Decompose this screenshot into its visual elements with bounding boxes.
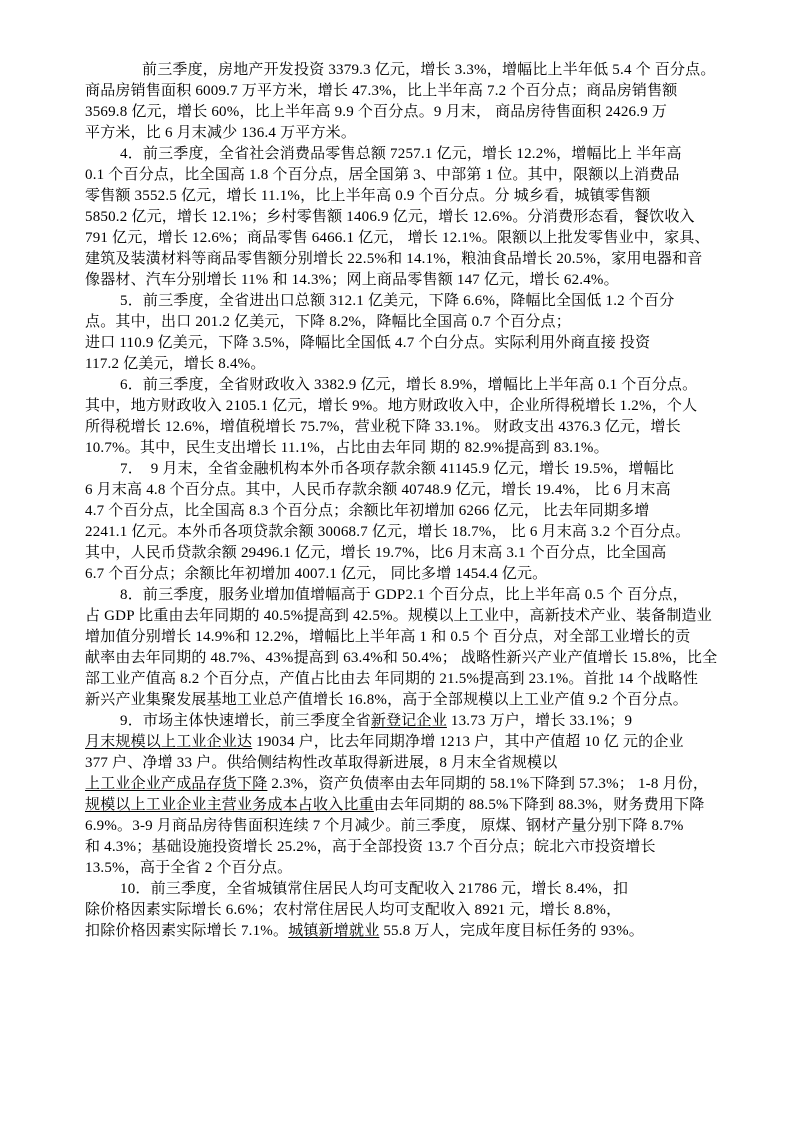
text-segment: 6.9%。3-9 月商品房待售面积连续 7 个月减少。前三季度， 原煤、钢材产量… [85, 818, 684, 834]
text-line: 5．前三季度，全省进出口总额 312.1 亿美元，下降 6.6%，降幅比全国低 … [85, 291, 730, 312]
text-line: 部工业产值高 8.2 个百分点，产值占比由去 年同期的 21.5%提高到 23.… [85, 669, 730, 690]
text-line: 0.1 个百分点，比全国高 1.8 个百分点，居全国第 3、中部第 1 位。其中… [85, 165, 730, 186]
text-segment: 4.7 个百分点，比全国高 8.3 个百分点；余额比年初增加 6266 亿元， … [85, 503, 649, 519]
text-segment: 和 4.3%；基础设施投资增长 25.2%，高于全部投资 13.7 个百分点；皖… [85, 839, 656, 855]
text-segment: 117.2 亿美元，增长 8.4%。 [85, 356, 266, 372]
text-line: 献率由去年同期的 48.7%、43%提高到 63.4%和 50.4%； 战略性新… [85, 648, 730, 669]
text-line: 平方米，比 6 月末减少 136.4 万平方米。 [85, 123, 730, 144]
text-segment: 6．前三季度，全省财政收入 3382.9 亿元，增长 8.9%，增幅比上半年高 … [120, 377, 697, 393]
text-line: 10．前三季度，全省城镇常住居民人均可支配收入 21786 元，增长 8.4%，… [85, 879, 730, 900]
text-segment: 进口 110.9 亿美元，下降 3.5%，降幅比全国低 4.7 个白分点。实际利… [85, 335, 650, 351]
document-body: 前三季度，房地产开发投资 3379.3 亿元，增长 3.3%，增幅比上半年低 5… [85, 60, 730, 942]
text-segment: 4．前三季度，全省社会消费品零售总额 7257.1 亿元，增长 12.2%，增幅… [120, 146, 682, 162]
text-segment: 6.7 个百分点；余额比年初增加 4007.1 亿元， 同比多增 1454.4 … [85, 566, 547, 582]
text-line: 8．前三季度，服务业增加值增幅高于 GDP2.1 个百分点，比上半年高 0.5 … [85, 585, 730, 606]
text-line: 6.7 个百分点；余额比年初增加 4007.1 亿元， 同比多增 1454.4 … [85, 564, 730, 585]
text-segment: 0.1 个百分点，比全国高 1.8 个百分点，居全国第 3、中部第 1 位。其中… [85, 167, 680, 183]
text-line: 点。其中，出口 201.2 亿美元，下降 8.2%，降幅比全国高 0.7 个百分… [85, 312, 730, 333]
text-segment: 所得税增长 12.6%，增值税增长 75.7%，营业税下降 33.1%。 财政支… [85, 419, 681, 435]
text-line: 扣除价格因素实际增长 7.1%。城镇新增就业 55.8 万人，完成年度目标任务的… [85, 921, 730, 942]
text-line: 上工业企业产成品存货下降 2.3%，资产负债率由去年同期的 58.1%下降到 5… [85, 774, 730, 795]
underlined-text: 规模以上工业企业主营业务成本占收入比重 [85, 797, 374, 813]
text-line: 其中，人民币贷款余额 29496.1 亿元，增长 19.7%，比6 月末高 3.… [85, 543, 730, 564]
text-segment: 9．市场主体快速增长，前三季度全省 [120, 713, 371, 729]
text-segment: 新兴产业集聚发展基地工业总产值增长 16.8%，高于全部规模以上工业产值 9.2… [85, 692, 688, 708]
underlined-text: 新登记企业 [371, 713, 447, 729]
text-segment: 5850.2 亿元，增长 12.1%；乡村零售额 1406.9 亿元，增长 12… [85, 209, 695, 225]
text-segment: 部工业产值高 8.2 个百分点，产值占比由去 年同期的 21.5%提高到 23.… [85, 671, 698, 687]
text-segment: 除价格因素实际增长 6.6%；农村常住居民人均可支配收入 8921 元，增长 8… [85, 902, 621, 918]
text-line: 建筑及装潢材料等商品零售额分别增长 22.5%和 14.1%，粮油食品增长 20… [85, 249, 730, 270]
underlined-text: 月末规模以上工业企业达 [85, 734, 252, 750]
text-segment: 5．前三季度，全省进出口总额 312.1 亿美元，下降 6.6%，降幅比全国低 … [120, 293, 674, 309]
text-segment: 7． 9 月末，全省金融机构本外币各项存款余额 41145.9 亿元，增长 19… [120, 461, 674, 477]
text-segment: 10.7%。其中，民生支出增长 11.1%，占比由去年同 期的 82.9%提高到… [85, 440, 609, 456]
text-line: 和 4.3%；基础设施投资增长 25.2%，高于全部投资 13.7 个百分点；皖… [85, 837, 730, 858]
text-line: 规模以上工业企业主营业务成本占收入比重由去年同期的 88.5%下降到 88.3%… [85, 795, 730, 816]
text-segment: 占 GDP 比重由去年同期的 40.5%提高到 42.5%。规模以上工业中，高新… [85, 608, 712, 624]
text-segment: 2.3%，资产负债率由去年同期的 58.1%下降到 57.3%； 1-8 月份， [267, 776, 708, 792]
text-segment: 19034 户，比去年同期净增 1213 户，其中产值超 10 亿 元的企业 [252, 734, 684, 750]
text-segment: 其中，地方财政收入 2105.1 亿元，增长 9%。地方财政收入中，企业所得税增… [85, 398, 697, 414]
text-segment: 2241.1 亿元。本外币各项贷款余额 30068.7 亿元，增长 18.7%，… [85, 524, 690, 540]
text-line: 4．前三季度，全省社会消费品零售总额 7257.1 亿元，增长 12.2%，增幅… [85, 144, 730, 165]
text-segment: 3569.8 亿元，增长 60%，比上半年高 9.9 个百分点。9 月末， 商品… [85, 104, 667, 120]
text-line: 4.7 个百分点，比全国高 8.3 个百分点；余额比年初增加 6266 亿元， … [85, 501, 730, 522]
text-line: 增加值分别增长 14.9%和 12.2%，增幅比上半年高 1 和 0.5 个 百… [85, 627, 730, 648]
text-line: 117.2 亿美元，增长 8.4%。 [85, 354, 730, 375]
text-segment: 10．前三季度，全省城镇常住居民人均可支配收入 21786 元，增长 8.4%，… [120, 881, 628, 897]
text-line: 月末规模以上工业企业达 19034 户，比去年同期净增 1213 户，其中产值超… [85, 732, 730, 753]
text-segment: 平方米，比 6 月末减少 136.4 万平方米。 [85, 125, 356, 141]
text-segment: 791 亿元，增长 12.6%；商品零售 6466.1 亿元， 增长 12.1%… [85, 230, 710, 246]
text-line: 5850.2 亿元，增长 12.1%；乡村零售额 1406.9 亿元，增长 12… [85, 207, 730, 228]
text-line: 前三季度，房地产开发投资 3379.3 亿元，增长 3.3%，增幅比上半年低 5… [85, 60, 730, 81]
text-segment: 像器材、汽车分别增长 11% 和 14.3%；网上商品零售额 147 亿元，增长… [85, 272, 619, 288]
text-segment: 6 月末高 4.8 个百分点。其中，人民币存款余额 40748.9 亿元，增长 … [85, 482, 671, 498]
text-segment: 13.5%，高于全省 2 个百分点。 [85, 860, 292, 876]
text-segment: 献率由去年同期的 48.7%、43%提高到 63.4%和 50.4%； 战略性新… [85, 650, 717, 666]
text-line: 13.5%，高于全省 2 个百分点。 [85, 858, 730, 879]
text-segment: 扣除价格因素实际增长 7.1%。 [85, 923, 288, 939]
text-line: 除价格因素实际增长 6.6%；农村常住居民人均可支配收入 8921 元，增长 8… [85, 900, 730, 921]
text-segment: 13.73 万户，增长 33.1%；9 [447, 713, 632, 729]
text-segment: 商品房销售面积 6009.7 万平方米，增长 47.3%，比上半年高 7.2 个… [85, 83, 678, 99]
text-line: 6 月末高 4.8 个百分点。其中，人民币存款余额 40748.9 亿元，增长 … [85, 480, 730, 501]
text-segment: 55.8 万人，完成年度目标任务的 93%。 [379, 923, 644, 939]
text-segment: 377 户、净增 33 户。供给侧结构性改革取得新进展，8 月末全省规模以 [85, 755, 557, 771]
text-line: 零售额 3552.5 亿元，增长 11.1%，比上半年高 0.9 个百分点。分 … [85, 186, 730, 207]
text-line: 2241.1 亿元。本外币各项贷款余额 30068.7 亿元，增长 18.7%，… [85, 522, 730, 543]
underlined-text: 城镇新增就业 [288, 923, 379, 939]
text-line: 占 GDP 比重由去年同期的 40.5%提高到 42.5%。规模以上工业中，高新… [85, 606, 730, 627]
document-page: 前三季度，房地产开发投资 3379.3 亿元，增长 3.3%，增幅比上半年低 5… [0, 0, 794, 1123]
text-line: 所得税增长 12.6%，增值税增长 75.7%，营业税下降 33.1%。 财政支… [85, 417, 730, 438]
underlined-text: 上工业企业产成品存货下降 [85, 776, 267, 792]
text-line: 6．前三季度，全省财政收入 3382.9 亿元，增长 8.9%，增幅比上半年高 … [85, 375, 730, 396]
text-segment: 其中，人民币贷款余额 29496.1 亿元，增长 19.7%，比6 月末高 3.… [85, 545, 666, 561]
text-line: 377 户、净增 33 户。供给侧结构性改革取得新进展，8 月末全省规模以 [85, 753, 730, 774]
text-segment: 由去年同期的 88.5%下降到 88.3%，财务费用下降 [374, 797, 705, 813]
text-segment: 增加值分别增长 14.9%和 12.2%，增幅比上半年高 1 和 0.5 个 百… [85, 629, 690, 645]
text-line: 新兴产业集聚发展基地工业总产值增长 16.8%，高于全部规模以上工业产值 9.2… [85, 690, 730, 711]
text-line: 其中，地方财政收入 2105.1 亿元，增长 9%。地方财政收入中，企业所得税增… [85, 396, 730, 417]
text-line: 10.7%。其中，民生支出增长 11.1%，占比由去年同 期的 82.9%提高到… [85, 438, 730, 459]
text-segment: 8．前三季度，服务业增加值增幅高于 GDP2.1 个百分点，比上半年高 0.5 … [120, 587, 688, 603]
text-line: 9．市场主体快速增长，前三季度全省新登记企业 13.73 万户，增长 33.1%… [85, 711, 730, 732]
text-segment: 零售额 3552.5 亿元，增长 11.1%，比上半年高 0.9 个百分点。分 … [85, 188, 651, 204]
text-line: 商品房销售面积 6009.7 万平方米，增长 47.3%，比上半年高 7.2 个… [85, 81, 730, 102]
text-line: 6.9%。3-9 月商品房待售面积连续 7 个月减少。前三季度， 原煤、钢材产量… [85, 816, 730, 837]
text-line: 3569.8 亿元，增长 60%，比上半年高 9.9 个百分点。9 月末， 商品… [85, 102, 730, 123]
text-line: 进口 110.9 亿美元，下降 3.5%，降幅比全国低 4.7 个白分点。实际利… [85, 333, 730, 354]
text-segment: 前三季度，房地产开发投资 3379.3 亿元，增长 3.3%，增幅比上半年低 5… [142, 62, 716, 78]
text-line: 791 亿元，增长 12.6%；商品零售 6466.1 亿元， 增长 12.1%… [85, 228, 730, 249]
text-line: 7． 9 月末，全省金融机构本外币各项存款余额 41145.9 亿元，增长 19… [85, 459, 730, 480]
text-line: 像器材、汽车分别增长 11% 和 14.3%；网上商品零售额 147 亿元，增长… [85, 270, 730, 291]
text-segment: 建筑及装潢材料等商品零售额分别增长 22.5%和 14.1%，粮油食品增长 20… [85, 251, 703, 267]
text-segment: 点。其中，出口 201.2 亿美元，下降 8.2%，降幅比全国高 0.7 个百分… [85, 314, 571, 330]
